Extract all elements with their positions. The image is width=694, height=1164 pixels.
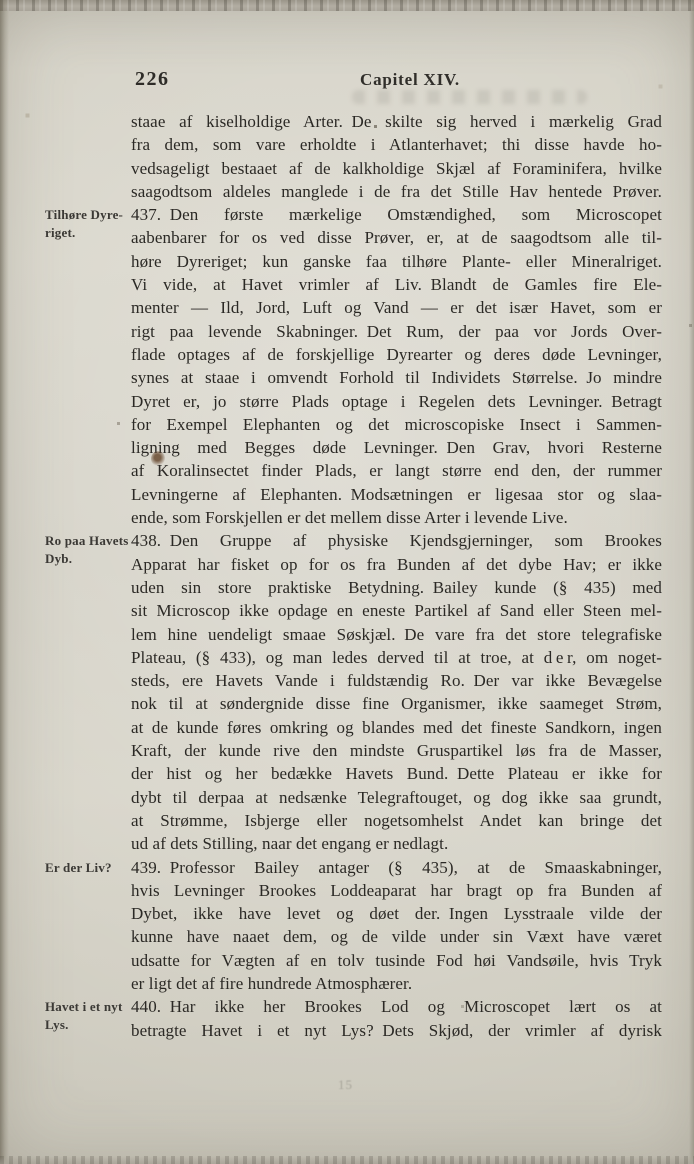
page-number: 226 [135, 68, 170, 91]
text-line: Apparat har fisket op for os fra Bunden … [131, 553, 662, 576]
paragraph: Ro paa HavetsDyb.438. Den Gruppe af phys… [131, 529, 662, 855]
paragraph: Tilhøre Dyre-riget.437. Den første mærke… [131, 203, 662, 529]
text-line: sit Microscop ikke opdage en eneste Part… [131, 599, 662, 622]
text-line: 438. Den Gruppe af physiske Kjendsgjerni… [131, 529, 662, 552]
text-line: dybt til derpaa at nedsænke Telegraftoug… [131, 786, 662, 809]
margin-note-line: Havet i et nyt [45, 998, 129, 1016]
text-line: 440. Har ikke her Brookes Lod og Microsc… [131, 995, 662, 1018]
margin-note: Tilhøre Dyre-riget. [45, 206, 129, 241]
scan-edge-top [0, 0, 694, 11]
margin-note: Er der Liv? [45, 859, 129, 877]
scan-edge-right [689, 0, 694, 1164]
bleed-through-smudge [352, 90, 587, 104]
ghost-signature-mark: 15 [338, 1077, 353, 1093]
text-line: at de kunde føres omkring og blandes med… [131, 716, 662, 739]
book-page: 226 Capitel XIV. staae af kiselholdige A… [0, 0, 694, 1164]
text-line: fra dem, som vare erholdte i Atlanterhav… [131, 133, 662, 156]
margin-note-line: riget. [45, 224, 129, 242]
margin-note: Ro paa HavetsDyb. [45, 532, 129, 567]
text-line: af Koralinsectet finder Plads, er langt … [131, 459, 662, 482]
text-line: Kraft, der kunde rive den mindste Gruspa… [131, 739, 662, 762]
text-line: betragte Havet i et nyt Lys? Dets Skjød,… [131, 1019, 662, 1042]
text-line: Dybet, ikke have levet og døet der. Inge… [131, 902, 662, 925]
text-line: udsatte for Vægten af en tolv tusinde Fo… [131, 949, 662, 972]
scan-edge-bottom [0, 1156, 694, 1164]
margin-note: Havet i et nytLys. [45, 998, 129, 1033]
text-line: hvis Levninger Brookes Loddeaparat har b… [131, 879, 662, 902]
text-line: Plateau, (§ 433), og man ledes derved ti… [131, 646, 662, 669]
text-line: synes at staae i omvendt Forhold til Ind… [131, 366, 662, 389]
text-line: rigt paa levende Skabninger. Det Rum, de… [131, 320, 662, 343]
margin-note-line: Ro paa Havets [45, 532, 129, 550]
text-line: 439. Professor Bailey antager (§ 435), a… [131, 856, 662, 879]
text-line: aabenbarer for os ved disse Prøver, er, … [131, 226, 662, 249]
paragraph: Er der Liv?439. Professor Bailey antager… [131, 856, 662, 996]
text-line: flade optages af de forskjellige Dyreart… [131, 343, 662, 366]
text-line: høre Dyreriget; kun ganske faa tilhøre P… [131, 250, 662, 273]
text-line: at Strømme, Isbjerge eller nogetsomhelst… [131, 809, 662, 832]
text-line: saagodtsom aldeles manglede i de fra det… [131, 180, 662, 203]
body-text: staae af kiselholdige Arter. De skilte s… [131, 110, 662, 1042]
text-line: kunne have naaet dem, og de vilde under … [131, 925, 662, 948]
text-line: Dyret er, jo større Plads optage i Regel… [131, 390, 662, 413]
margin-note-line: Dyb. [45, 550, 129, 568]
text-line: vedsageligt bestaaet af de kalkholdige S… [131, 157, 662, 180]
margin-note-line: Tilhøre Dyre- [45, 206, 129, 224]
scan-edge-left [0, 0, 9, 1164]
text-line: Levningerne af Elephanten. Modsætningen … [131, 483, 662, 506]
text-line: for Exempel Elephanten og det microscopi… [131, 413, 662, 436]
text-line: 437. Den første mærkelige Omstændighed, … [131, 203, 662, 226]
text-line: steds, ere Havets Vande i fuldstændig Ro… [131, 669, 662, 692]
text-line: Vi vide, at Havet vrimler af Liv. Blandt… [131, 273, 662, 296]
text-line: staae af kiselholdige Arter. De skilte s… [131, 110, 662, 133]
text-line: nok til at søndergnide disse fine Organi… [131, 692, 662, 715]
text-line: ligning med Begges døde Levninger. Den G… [131, 436, 662, 459]
margin-note-line: Lys. [45, 1016, 129, 1034]
paper-specks [0, 0, 1, 1]
text-line: der hist og her bedække Havets Bund. Det… [131, 762, 662, 785]
paragraph: staae af kiselholdige Arter. De skilte s… [131, 110, 662, 203]
paragraph: Havet i et nytLys.440. Har ikke her Broo… [131, 995, 662, 1042]
text-line: uden sin store praktiske Betydning. Bail… [131, 576, 662, 599]
text-line: menter — Ild, Jord, Luft og Vand — er de… [131, 296, 662, 319]
chapter-header: Capitel XIV. [360, 70, 460, 90]
text-line: lem hine uendeligt smaae Søskjæl. De var… [131, 623, 662, 646]
margin-note-line: Er der Liv? [45, 859, 129, 877]
